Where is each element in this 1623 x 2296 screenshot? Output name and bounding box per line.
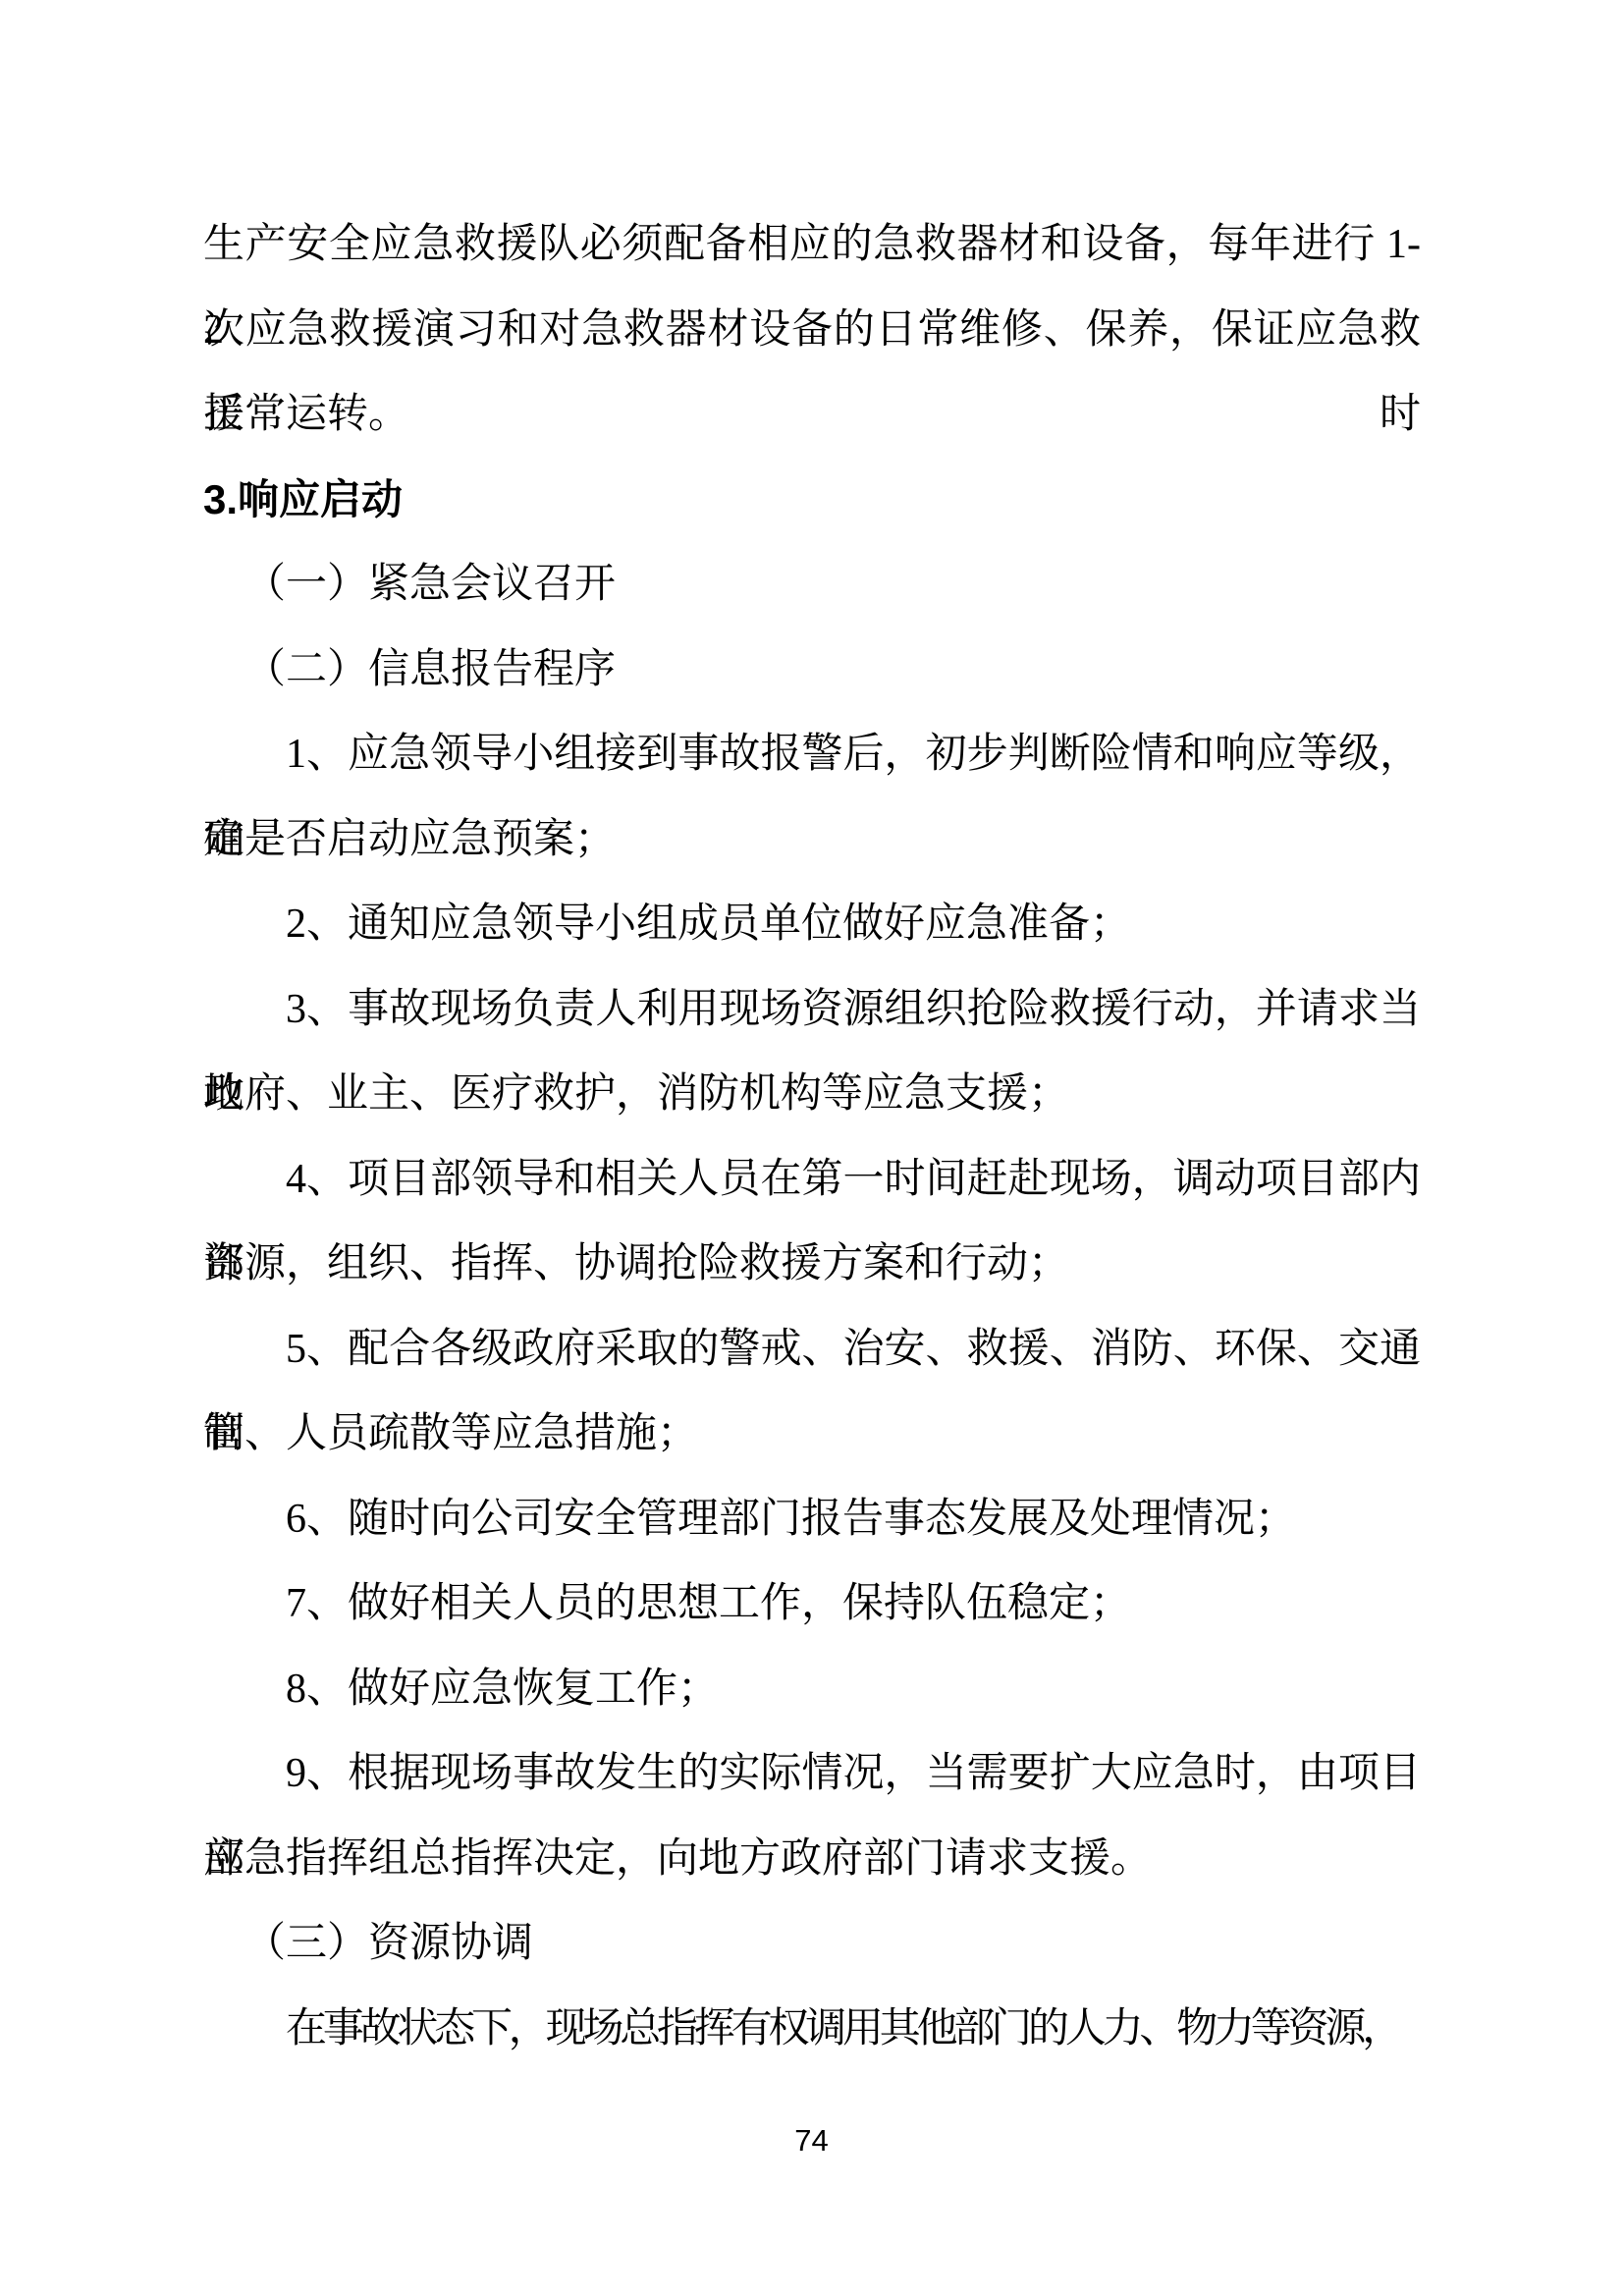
text-line: 应急指挥组总指挥决定，向地方政府部门请求支援。: [203, 1817, 1421, 1902]
text-line: 3、事故现场负责人利用现场资源组织抢险救援行动，并请求当地: [203, 967, 1421, 1053]
text-line: 生产安全应急救援队必须配备相应的急救器材和设备，每年进行 1-2: [203, 202, 1421, 288]
text-line: 次应急救援演习和对急救器材设备的日常维修、保养，保证应急救援时: [203, 288, 1421, 373]
text-line: 8、做好应急恢复工作；: [203, 1647, 1421, 1732]
text-line: 6、随时向公司安全管理部门报告事态发展及处理情况；: [203, 1477, 1421, 1562]
section-heading: 3.响应启动: [203, 458, 1421, 543]
text-line: （一）紧急会议召开: [203, 542, 1421, 628]
text-line: 1、应急领导小组接到事故报警后，初步判断险情和响应等级，确: [203, 712, 1421, 797]
text-line: 9、根据现场事故发生的实际情况，当需要扩大应急时，由项目部: [203, 1731, 1421, 1817]
text-line: 政府、业主、医疗救护，消防机构等应急支援；: [203, 1052, 1421, 1137]
text-line: 制、人员疏散等应急措施；: [203, 1392, 1421, 1477]
text-line: 5、配合各级政府采取的警戒、治安、救援、消防、环保、交通管: [203, 1307, 1421, 1393]
text-line: 2、通知应急领导小组成员单位做好应急准备；: [203, 882, 1421, 967]
document-page: 生产安全应急救援队必须配备相应的急救器材和设备，每年进行 1-2次应急救援演习和…: [0, 0, 1623, 2296]
document-body: 生产安全应急救援队必须配备相应的急救器材和设备，每年进行 1-2次应急救援演习和…: [203, 202, 1421, 2071]
text-line: （二）信息报告程序: [203, 628, 1421, 713]
text-line: 7、做好相关人员的思想工作，保持队伍稳定；: [203, 1561, 1421, 1647]
text-line: 4、项目部领导和相关人员在第一时间赶赴现场，调动项目部内部: [203, 1137, 1421, 1223]
text-line: 定是否启动应急预案；: [203, 797, 1421, 883]
page-number: 74: [0, 2121, 1623, 2160]
text-line: 在事故状态下，现场总指挥有权调用其他部门的人力、物力等资源，: [203, 1987, 1421, 2072]
text-line: （三）资源协调: [203, 1901, 1421, 1987]
text-line: 资源，组织、指挥、协调抢险救援方案和行动；: [203, 1222, 1421, 1307]
